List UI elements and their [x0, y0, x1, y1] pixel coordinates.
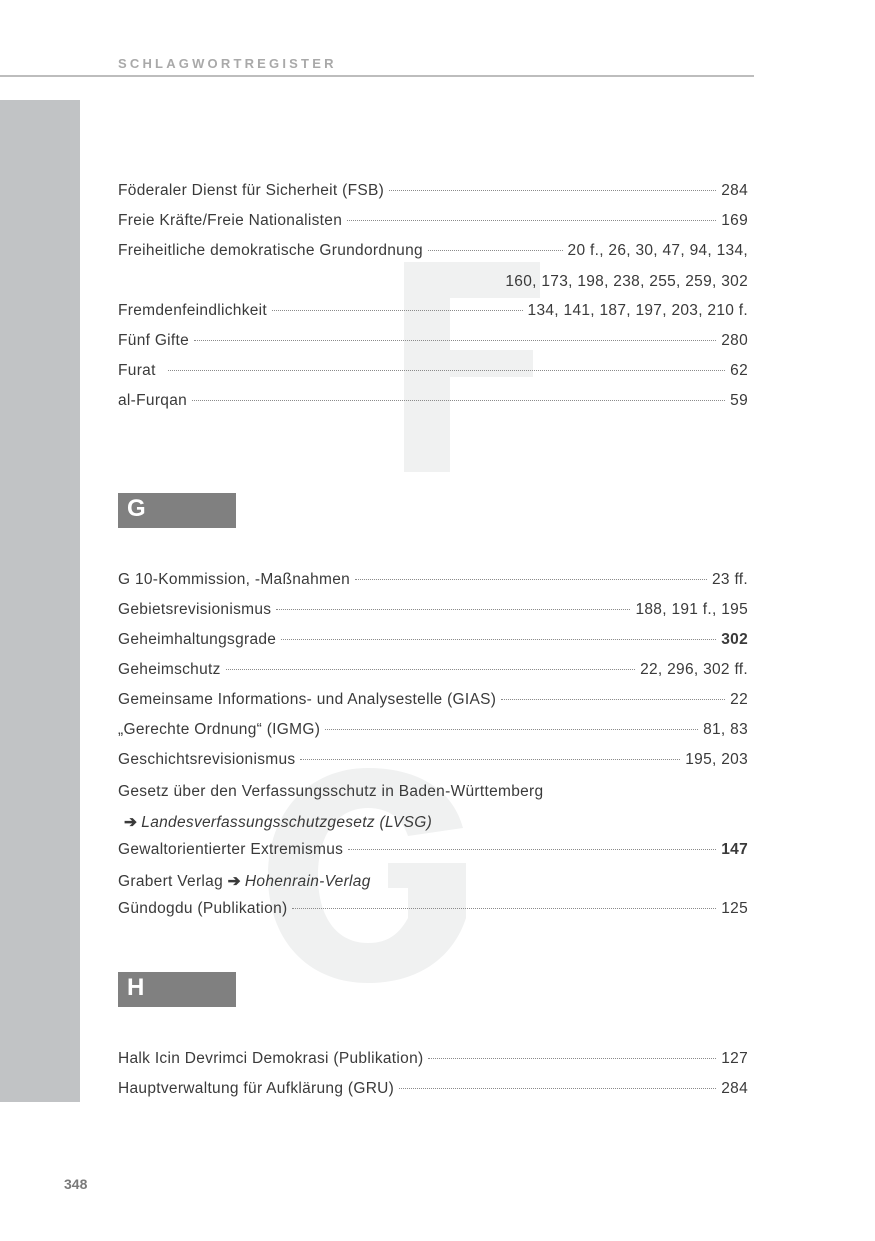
index-entry: Fremdenfeindlichkeit134, 141, 187, 197, … — [118, 302, 748, 332]
side-bar — [0, 100, 80, 1102]
dot-leader — [292, 908, 716, 909]
dot-leader — [325, 729, 698, 730]
page-number: 348 — [64, 1176, 87, 1192]
index-entry-continuation: 160, 173, 198, 238, 255, 259, 302 — [505, 273, 748, 291]
index-entry: Freie Kräfte/Freie Nationalisten169 — [118, 212, 748, 242]
dot-leader — [355, 579, 707, 580]
dot-leader — [226, 669, 635, 670]
index-entry: Grabert Verlag ➔Hohenrain-Verlag — [118, 872, 371, 891]
dot-leader — [276, 609, 630, 610]
index-entry: Gündogdu (Publikation)125 — [118, 900, 748, 930]
index-entry: G 10-Kommission, -Maßnahmen23 ff. — [118, 571, 748, 601]
running-title: SCHLAGWORTREGISTER — [118, 56, 337, 71]
dot-leader — [348, 849, 716, 850]
index-entry: Hauptverwaltung für Aufklärung (GRU)284 — [118, 1080, 748, 1110]
dot-leader — [428, 1058, 716, 1059]
index-entry: Furat62 — [118, 362, 748, 392]
dot-leader — [347, 220, 716, 221]
index-entry: Gewaltorientierter Extremismus147 — [118, 841, 748, 871]
index-entry: Gemeinsame Informations- und Analysestel… — [118, 691, 748, 721]
dot-leader — [194, 340, 716, 341]
index-entry: Geheimschutz22, 296, 302 ff. — [118, 661, 748, 691]
index-entry: Geschichtsrevisionismus195, 203 — [118, 751, 748, 781]
dot-leader — [501, 699, 725, 700]
dot-leader — [192, 400, 725, 401]
arrow-right-icon: ➔ — [124, 814, 137, 831]
index-entry: Geheimhaltungsgrade302 — [118, 631, 748, 661]
index-entry: „Gerechte Ordnung“ (IGMG)81, 83 — [118, 721, 748, 751]
index-entry: Halk Icin Devrimci Demokrasi (Publikatio… — [118, 1050, 748, 1080]
index-entry: Föderaler Dienst für Sicherheit (FSB)284 — [118, 182, 748, 212]
arrow-right-icon: ➔ — [228, 873, 241, 890]
dot-leader — [272, 310, 523, 311]
index-entry: Gesetz über den Verfassungsschutz in Bad… — [118, 783, 543, 801]
index-entry: Freiheitliche demokratische Grundordnung… — [118, 242, 748, 272]
index-entry: Gebietsrevisionismus188, 191 f., 195 — [118, 601, 748, 631]
dot-leader — [300, 759, 680, 760]
dot-leader — [428, 250, 563, 251]
header-rule — [0, 75, 754, 77]
dot-leader — [389, 190, 716, 191]
index-entry: Fünf Gifte280 — [118, 332, 748, 362]
dot-leader — [168, 370, 725, 371]
dot-leader — [281, 639, 716, 640]
index-entry: al-Furqan59 — [118, 392, 748, 422]
see-reference: ➔Landesverfassungsschutzgesetz (LVSG) — [124, 813, 432, 832]
dot-leader — [399, 1088, 716, 1089]
section-letter-h: H — [118, 972, 236, 1007]
section-letter-g: G — [118, 493, 236, 528]
